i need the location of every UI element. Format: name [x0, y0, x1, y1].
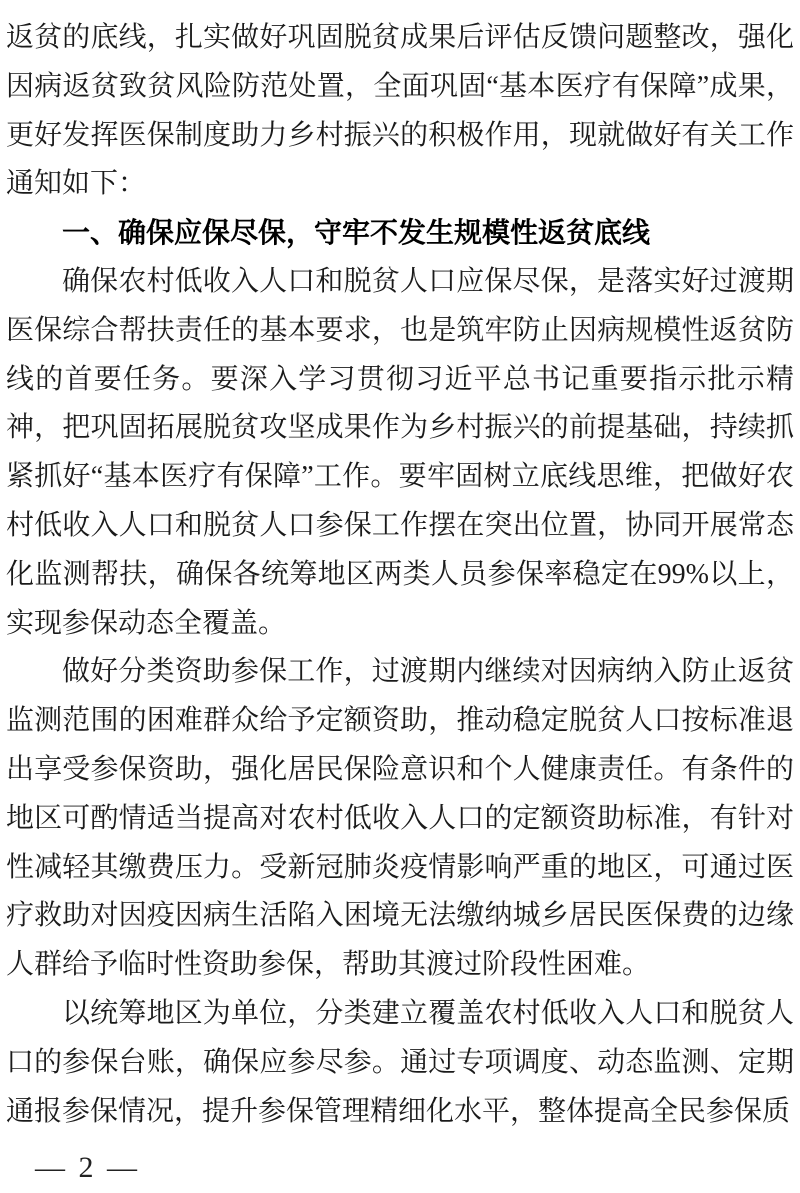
paragraph-classified-subsidy: 做好分类资助参保工作，过渡期内继续对因病纳入防止返贫监测范围的困难群众给予定额资… — [6, 648, 794, 990]
section-one-heading: 一、确保应保尽保，守牢不发生规模性返贫底线 — [6, 209, 794, 258]
scanned-document-page: 返贫的底线，扎实做好巩固脱贫成果后评估反馈问题整改，强化因病返贫致贫风险防范处置… — [0, 0, 800, 1193]
paragraph-continuation: 返贫的底线，扎实做好巩固脱贫成果后评估反馈问题整改，强化因病返贫致贫风险防范处置… — [6, 14, 794, 209]
page-number: — 2 — — [35, 1151, 137, 1185]
document-text-block: 返贫的底线，扎实做好巩固脱贫成果后评估反馈问题整改，强化因病返贫致贫风险防范处置… — [6, 14, 794, 1136]
paragraph-enrollment-ledger: 以统筹地区为单位，分类建立覆盖农村低收入人口和脱贫人口的参保台账，确保应参尽参。… — [6, 990, 794, 1136]
paragraph-ensure-enrollment: 确保农村低收入人口和脱贫人口应保尽保，是落实好过渡期医保综合帮扶责任的基本要求，… — [6, 258, 794, 648]
